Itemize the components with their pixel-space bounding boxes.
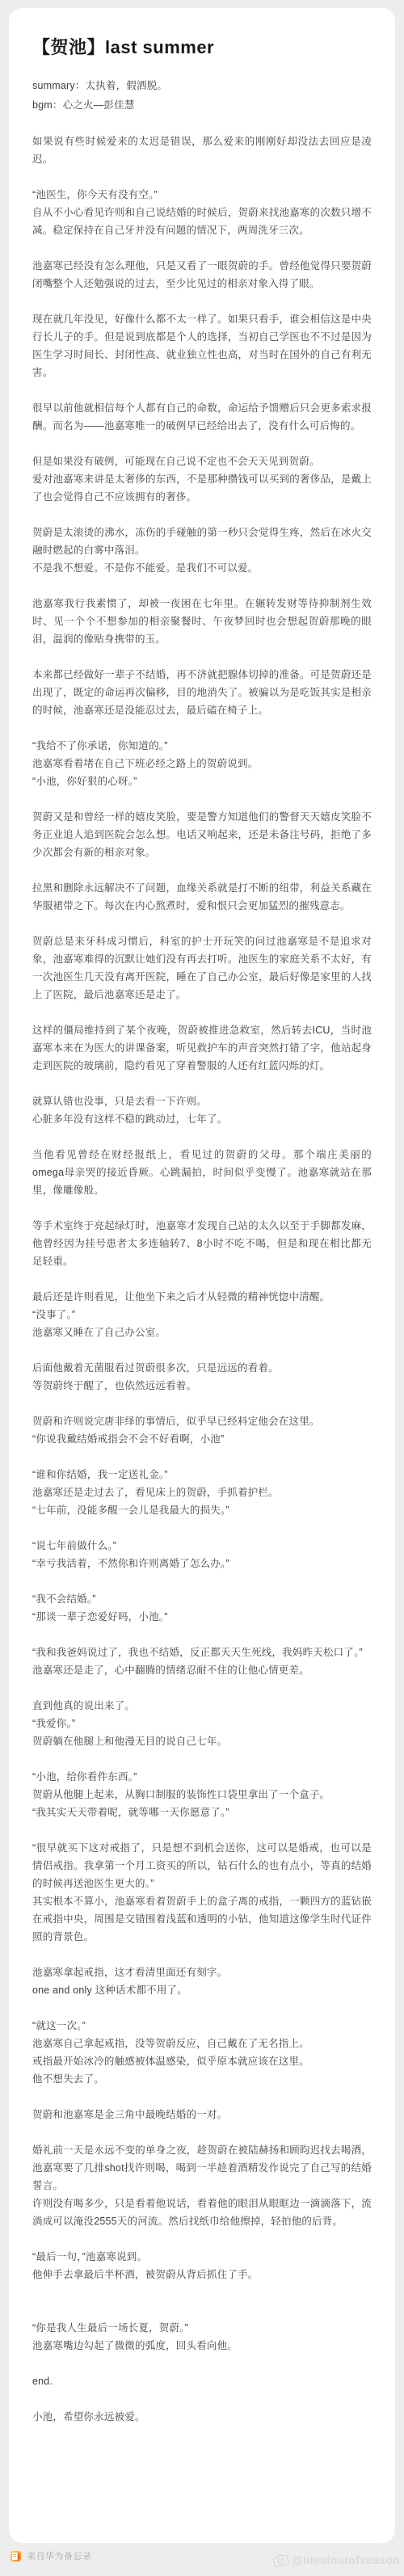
story-paragraph: 直到他真的说出来了。“我爱你。”贺蔚躺在他腿上和他漫无目的说自己七年。: [32, 1697, 372, 1750]
story-paragraph: 当他看见曾经在财经报纸上，看见过的贺蔚的父母。那个端庄美丽的omega母亲哭的接…: [32, 1146, 372, 1199]
story-paragraph: 最后还是许则看见，让他坐下来之后才从轻微的精神恍惚中清醒。“没事了。”池嘉寒又睡…: [32, 1288, 372, 1341]
story-paragraph: 后面他戴着无菌服看过贺蔚很多次，只是远远的看着。等贺蔚终于醒了，也依然远远看着。: [32, 1359, 372, 1395]
story-paragraph: “最后一句，”池嘉寒说到。他伸手去拿最后半杯酒，被贺蔚从背后抓住了手。: [32, 2248, 372, 2283]
source-label: 来自华为备忘录: [27, 2549, 92, 2562]
story-paragraph: end.: [32, 2372, 372, 2390]
story-paragraph: “说七年前做什么。”“幸亏我活着，不然你和许则离婚了怎么办。”: [32, 1537, 372, 1572]
story-paragraph: 池嘉寒拿起戒指，这才看清里面还有刻字。one and only 这种话术都不用了…: [32, 1964, 372, 1999]
story-paragraph: 这样的僵局维持到了某个夜晚，贺蔚被推进急救室，然后转去ICU，当时池嘉寒本来在为…: [32, 1021, 372, 1075]
story-paragraph: 婚礼前一天是永远不变的单身之夜，趁贺蔚在被陆赫扬和顾昀迟找去喝酒，池嘉寒要了几排…: [32, 2141, 372, 2230]
story-paragraph: “池医生，你今天有没有空。”自从不小心看见许则和自己说结婚的时候后，贺蔚来找池嘉…: [32, 186, 372, 239]
story-paragraph: 本来都已经做好一辈子不结婚，再不济就把腺体切掉的准备。可是贺蔚还是出现了，既定的…: [32, 666, 372, 719]
story-paragraph: 池嘉寒已经没有怎么理他，只是又看了一眼贺蔚的手。曾经他觉得只要贺蔚闭嘴整个人还勉…: [32, 257, 372, 293]
watermark: @idealoutofseason: [273, 2553, 400, 2566]
story-paragraph: “我给不了你承诺，你知道的。”池嘉寒看着堵在自己下班必经之路上的贺蔚说到。“小池…: [32, 737, 372, 790]
story-paragraph: “你是我人生最后一场长夏，贺蔚。”池嘉寒嘴边勾起了微微的弧度，回头看向他。: [32, 2319, 372, 2355]
story-paragraph: 贺蔚和许则说完唐非绎的事情后，似乎早已经料定他会在这里。“你说我戴结婚戒指会不会…: [32, 1412, 372, 1448]
story-body: 如果说有些时候爱来的太迟是错误，那么爱来的刚刚好却没法去回应是凌迟。“池医生，你…: [32, 133, 372, 2426]
story-paragraph: 池嘉寒我行我素惯了，却被一夜困在七年里。在辗转发财等待抑制剂生效时、见一个个不想…: [32, 595, 372, 648]
story-paragraph: 拉黑和删除永远解决不了问题，血缘关系就是打不断的纽带，利益关系藏在华服裙带之下。…: [32, 879, 372, 915]
story-paragraph: “谁和你结婚，我一定送礼金。”池嘉寒还是走过去了，看见床上的贺蔚，手抓着护栏。“…: [32, 1466, 372, 1519]
story-paragraph: 如果说有些时候爱来的太迟是错误，那么爱来的刚刚好却没法去回应是凌迟。: [32, 133, 372, 168]
story-paragraph: “就这一次。”池嘉寒自己拿起戒指，没等贺蔚反应，自己戴在了无名指上。戒指最开始冰…: [32, 2017, 372, 2088]
source-footer: 来自华为备忘录: [11, 2549, 92, 2562]
note-card: 【贺池】last summer summary：太执着，假洒脱。bgm：心之火—…: [9, 8, 395, 2543]
story-paragraph: “我和我爸妈说过了，我也不结婚，反正都天天生死线，我妈昨天松口了。”池嘉寒还是走…: [32, 1644, 372, 1679]
watermark-text: @idealoutofseason: [292, 2553, 400, 2566]
story-paragraph: 贺蔚总是来牙科成习惯后，科室的护士开玩笑的问过池嘉寒是不是追求对象，池嘉寒难得的…: [32, 932, 372, 1004]
story-paragraph: 小池，希望你永远被爱。: [32, 2408, 372, 2426]
story-paragraph: “我不会结婚。”“那谈一辈子恋爱好吗，小池。”: [32, 1590, 372, 1626]
story-meta: summary：太执着，假洒脱。bgm：心之火—彭佳慧: [32, 76, 372, 115]
story-paragraph: 贺蔚又是和曾经一样的嬉皮笑脸，要是警方知道他们的警督天天嬉皮笑脸不务正业追人追到…: [32, 808, 372, 861]
weibo-camera-icon: [272, 2552, 290, 2567]
huawei-memo-icon: [11, 2551, 21, 2561]
story-paragraph: “小池，给你看件东西。”贺蔚从他腿上起来，从胸口制服的装饰性口袋里拿出了一个盒子…: [32, 1768, 372, 1821]
story-paragraph: 等手术室终于亮起绿灯时，池嘉寒才发现自己站的太久以至于手脚都发麻，他曾经因为挂号…: [32, 1217, 372, 1270]
story-paragraph: 但是如果没有破例，可能现在自己说不定也不会天天见到贺蔚。爱对池嘉寒来讲是太奢侈的…: [32, 452, 372, 506]
story-paragraph: 现在就几年没见，好像什么都不太一样了。如果只看手，谁会相信这是中央行长儿子的手。…: [32, 310, 372, 381]
story-paragraph: 贺蔚是太滚烫的沸水，冻伤的手碰触的第一秒只会觉得生疼，然后在冰火交融时燃起的白雾…: [32, 524, 372, 577]
story-paragraph: 贺蔚和池嘉寒是金三角中最晚结婚的一对。: [32, 2106, 372, 2124]
story-paragraph: 很早以前他就相信每个人都有自己的命数，命运给予馈赠后只会更多索求报酬。而名为——…: [32, 399, 372, 435]
page-title: 【贺池】last summer: [32, 36, 372, 60]
story-paragraph: 就算认错也没事，只是去看一下许则。心脏多年没有这样不稳的跳动过，七年了。: [32, 1092, 372, 1128]
story-paragraph: “很早就买下这对戒指了，只是想不到机会送你，这可以是婚戒，也可以是情侣戒指。我拿…: [32, 1839, 372, 1946]
